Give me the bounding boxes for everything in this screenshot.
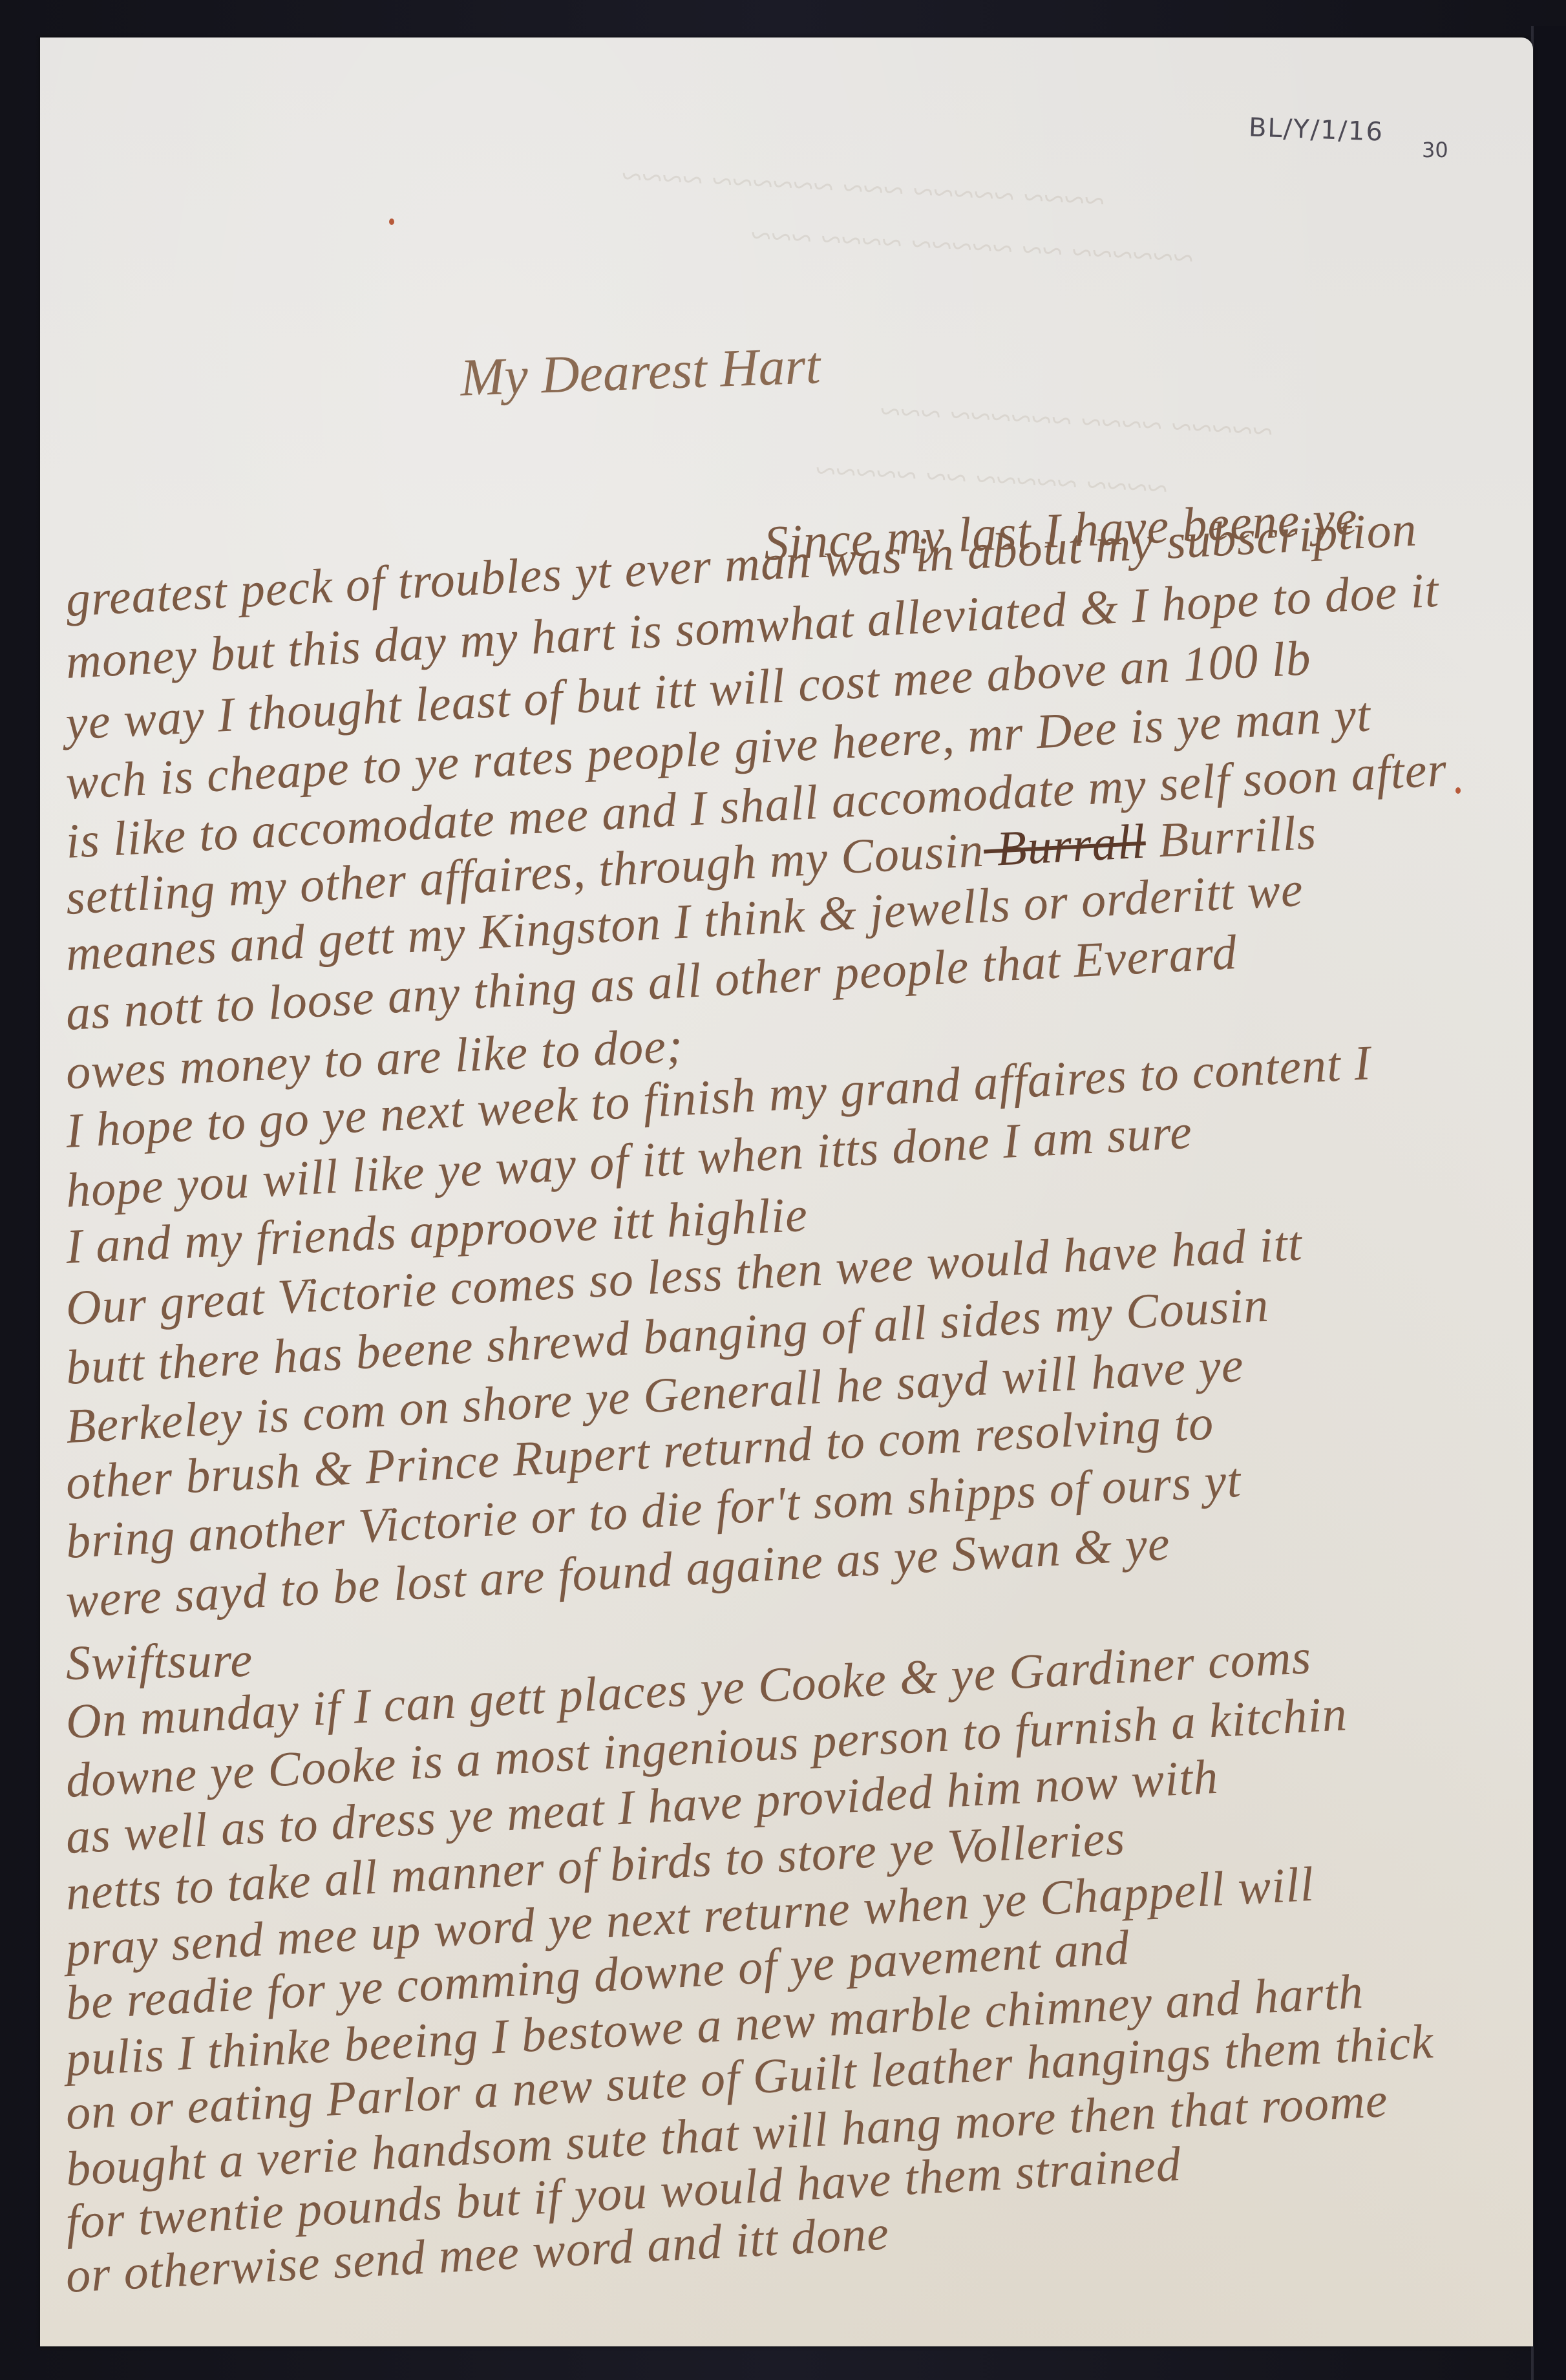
- folio-number: 30: [1422, 138, 1448, 162]
- ink-spot: [1455, 787, 1461, 794]
- struck-word: Burrall: [982, 814, 1147, 877]
- ink-spot: [389, 218, 394, 225]
- bleed-through: ~~~~ ~~~~~ ~~~ ~~~~~~ ~~~~: [621, 154, 1106, 222]
- bleed-through: ~~~~~~ ~~ ~~~~~ ~~~~ ~~~: [750, 213, 1195, 280]
- salutation: My Dearest Hart: [460, 335, 821, 408]
- mount-edge: [1531, 26, 1566, 2380]
- manuscript-page: BL/Y/1/16 30 ~~~~ ~~~~~ ~~~ ~~~~~~ ~~~~ …: [40, 37, 1533, 2346]
- archive-reference: BL/Y/1/16: [1248, 112, 1384, 147]
- bleed-through: ~~~~~ ~~~~ ~~~~~~ ~~~: [880, 389, 1275, 453]
- letter-line: Swiftsure: [65, 1632, 253, 1692]
